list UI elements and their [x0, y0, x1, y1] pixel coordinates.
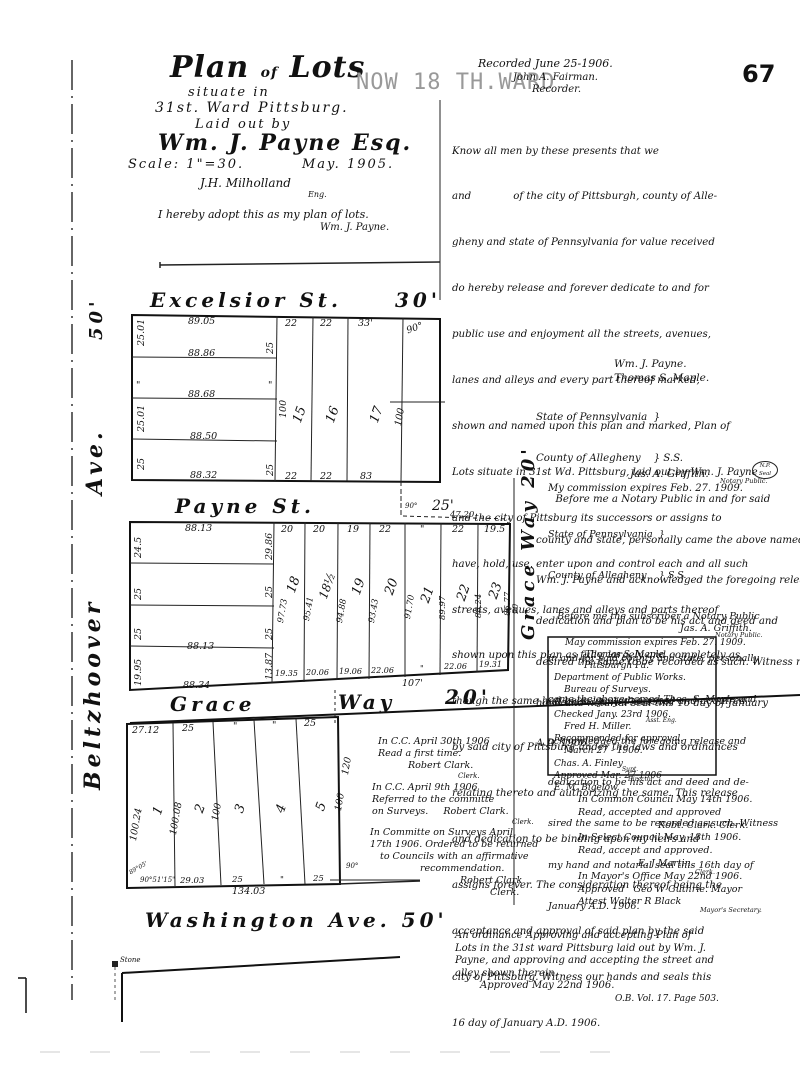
council-approvals: In Common Council May 14th 1906. Read, a… [578, 794, 752, 909]
lot-front: 29.03 [180, 876, 204, 886]
director-title: Director. [628, 776, 655, 783]
lot-front: 22 [285, 318, 297, 329]
angle-mark: 90 [511, 604, 520, 614]
lot-front: 25 [264, 628, 275, 640]
council-block-2: In C.C. April 9th 1906 Referred to the c… [372, 782, 534, 826]
owner-name: Wm. J. Payne Esq. [158, 130, 412, 156]
angle-mark: 90° [346, 862, 358, 870]
pw-line: Bureau of Surveys. [554, 684, 714, 696]
lot-depth: 88.86 [188, 348, 215, 359]
lot-front: 20 [281, 524, 293, 535]
lot-side-depth: 89.97 [438, 596, 448, 620]
situate-line: situate in [188, 85, 270, 100]
lot-front: 19 [347, 524, 359, 535]
lot-depth: 88.34 [183, 680, 210, 691]
pw-line: Checked Jany. 23rd 1906. [554, 709, 714, 721]
approval-line: E. J Martin. [578, 858, 752, 871]
approval-line: Robt. Clark. Clerk. [578, 820, 752, 833]
beltzhoover-ave: Ave. [82, 428, 108, 495]
council-line: In C.C. April 9th 1906 [372, 782, 534, 794]
excelsior-width: 30' [395, 288, 441, 312]
lot-depth: 89.05 [188, 316, 215, 327]
dedication-line: 16 day of January A.D. 1906. [452, 1016, 758, 1031]
ordinance-line: Lots in the 31st ward Pittsburg laid out… [455, 943, 719, 956]
lot-front: 22 [379, 524, 391, 535]
council-line: Read a first time. [378, 748, 490, 760]
lot-depth: 88.50 [190, 431, 217, 442]
lot-front: " [136, 380, 140, 391]
lot-front: 20.06 [306, 668, 329, 677]
lot-front: 22.06 [444, 662, 467, 671]
lot-front: 19.5 [484, 524, 505, 535]
lot-front: 25 [264, 586, 275, 598]
lot-front: 25.01 [136, 405, 147, 432]
lot-front: 22 [452, 524, 464, 535]
pw-line: E. M. Bigelow. [554, 782, 714, 794]
notary-line: County of Allegheny } S.S. [548, 569, 778, 583]
approval-line: Approved Geo W Guthrie. Mayor [578, 884, 752, 897]
notary1-signature: Jas. A. Griffith. [630, 467, 709, 482]
pw-line: Received Jany. 17th 1906. [554, 697, 714, 709]
lot-side-depth: 88.24 [474, 594, 484, 618]
recorded-date: Recorded June 25-1906. [478, 56, 613, 71]
lot-front: 25 [133, 588, 144, 600]
lot-front: 25 [304, 718, 316, 729]
dedication-line: public use and enjoyment all the streets… [452, 327, 758, 342]
lot-front: 19.95 [133, 659, 144, 686]
street-washington: Washington Ave. 50' [145, 908, 448, 932]
council-clerk: Clerk. [372, 818, 534, 826]
lot-front: 100 [278, 400, 289, 418]
title-of: of [261, 65, 278, 81]
council-clerk: Clerk. [378, 772, 490, 780]
dedication-line: and of the city of Pittsburgh, county of… [452, 189, 758, 204]
plan-title: Plan of Lots [170, 50, 365, 85]
dedication-line: do hereby release and forever dedicate t… [452, 281, 758, 296]
pw-line: Department of Public Works. [554, 672, 714, 684]
lot-front: 20 [313, 524, 325, 535]
ordinance-approved: Approved May 22nd 1906. [455, 980, 719, 993]
stone-marker: Stone [120, 956, 140, 964]
lot-front: " [420, 664, 424, 673]
lot-front: 19.31 [479, 660, 502, 669]
council-line: In C.C. April 30th 1906 [378, 736, 490, 748]
angle-mark: 90°51'15" [140, 876, 175, 884]
council-line: Robert Clark. [378, 760, 490, 772]
lot-front: 25 [133, 628, 144, 640]
lot-front: 25.01 [136, 319, 147, 346]
notary-seal-icon: N.P. Seal [752, 461, 778, 479]
council-line: 17th 1906. Ordered to be returned [370, 839, 538, 851]
pw-line: Recommended for approval. [554, 733, 714, 745]
council-line: In Committe on Surveys April [370, 827, 538, 839]
lot-front: 22.06 [371, 666, 394, 675]
ordinance-book-ref: O.B. Vol. 17. Page 503. [455, 993, 719, 1006]
street-excelsior: Excelsior St. [150, 288, 342, 312]
council-line: Robert Clark [370, 875, 538, 887]
dedication-line: gheny and state of Pennsylvania for valu… [452, 235, 758, 250]
lot-front: 22 [320, 471, 332, 482]
scale: Scale: 1"=30. [128, 157, 244, 172]
council-line: Referred to the committe [372, 794, 534, 806]
ward-line: 31st. Ward Pittsburg. [155, 100, 349, 116]
ordinance-line: An ordinance Approving and accepting Pla… [455, 930, 719, 943]
approval-line: Read, accepted and approved [578, 807, 752, 820]
ordinance-line: alley shown therein. [455, 968, 719, 981]
council-line: recommendation. [370, 863, 538, 875]
street-beltzhoover: Beltzhoover [80, 599, 106, 790]
engineer-title: Eng. [308, 190, 327, 199]
title-lots: Lots [290, 50, 366, 85]
dedication-line: Know all men by these presents that we [452, 144, 758, 159]
lot-front: 25 [265, 464, 276, 476]
lot-front: " [272, 720, 276, 731]
block-total: 107' [402, 678, 423, 689]
plan-date: May. 1905. [302, 157, 394, 172]
pw-line: Fred H. Miller. [554, 721, 714, 733]
lot-front: " [420, 524, 424, 535]
council-line: on Surveys. Robert Clark. [372, 806, 534, 818]
pw-line: Pittsburgh Pa. [554, 660, 714, 672]
lot-front: " [280, 875, 284, 885]
angle-mark: 90° [405, 502, 417, 510]
signature-payne: Wm. J. Payne. [614, 357, 687, 372]
pw-line: March 27 - 1906. [554, 745, 714, 757]
approval-line: In Common Council May 14th 1906. [578, 794, 752, 807]
adoption-signature: Wm. J. Payne. [320, 220, 389, 235]
page-number: 67 [742, 60, 775, 88]
notary-line: State of Pennsylvania } [548, 528, 778, 542]
title-plan: Plan [170, 50, 249, 85]
public-works-box: Pittsburgh Pa. Department of Public Work… [554, 660, 714, 794]
council-clerk: Clerk. [370, 887, 538, 899]
lot-front: " [233, 721, 237, 732]
council-block-3: In Committe on Surveys April 17th 1906. … [370, 827, 538, 899]
lot-front: " [268, 380, 272, 391]
dash-measure: 47.20 [450, 510, 474, 520]
ordinance-line: Payne, and approving and accepting the s… [455, 955, 719, 968]
lot-front: 33' [358, 318, 373, 329]
lot-front: 25 [265, 342, 276, 354]
lot-front: 24.5 [133, 537, 144, 558]
lot-depth: 88.32 [190, 470, 217, 481]
grace-way-width: 20' [445, 685, 491, 709]
lot-front: 25 [232, 875, 243, 885]
lot-front: 25 [136, 458, 147, 470]
approval-line: In Mayor's Office May 22nd 1906. [578, 871, 752, 884]
lot-depth: 88.13 [185, 523, 212, 534]
lot-depth: 88.68 [188, 389, 215, 400]
approval-line: Read, accept and approved. [578, 845, 752, 858]
lot-front: 27.12 [132, 725, 159, 736]
council-line: to Councils with an affirmative [370, 851, 538, 863]
asst-eng-title: Asst. Eng. [646, 717, 677, 724]
approval-line: In Select Council May. 18th 1906. [578, 832, 752, 845]
lot-front: 22 [285, 471, 297, 482]
engineer-name: J.H. Milholland [200, 176, 291, 191]
recorder-title: Recorder. [532, 82, 581, 97]
lot-front: 13.87 [264, 653, 275, 680]
lot-front: 29.86 [264, 533, 275, 560]
grace-way-vertical: Grace Way 20' [518, 445, 539, 640]
notary1-commission: My commission expires Feb. 27. 1909. [548, 481, 743, 496]
lot-front: 25 [182, 723, 194, 734]
beltzhoover-width: 50' [86, 297, 107, 340]
ordinance-text: An ordinance Approving and accepting Pla… [455, 930, 719, 1005]
lot-front: 83 [360, 471, 372, 482]
street-grace: Grace [170, 692, 255, 716]
lot-front: 22 [320, 318, 332, 329]
lot-front: 19.06 [339, 667, 362, 676]
supt-title: Supt. [622, 766, 638, 773]
grace-way-label: Way [338, 690, 395, 714]
block-total: 134.03 [232, 886, 265, 897]
council-clerk-title: Clerk. [695, 868, 715, 876]
street-payne: Payne St. [175, 494, 315, 518]
mayor-secretary-title: Mayor's Secretary. [700, 906, 762, 914]
council-block-1: In C.C. April 30th 1906 Read a first tim… [378, 736, 490, 780]
lot-front: 19.35 [275, 669, 298, 678]
lot-depth: 88.13 [187, 641, 214, 652]
lot-front: 25 [313, 874, 324, 884]
notary-line: State of Pennsylvania } [536, 411, 800, 425]
